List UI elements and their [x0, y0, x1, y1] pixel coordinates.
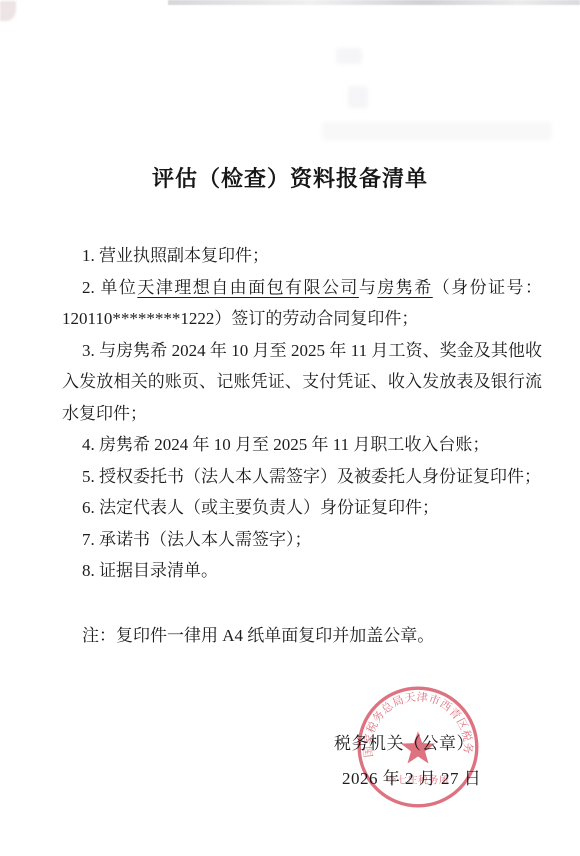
item-text: 4. 房隽希 2024 年 10 月至 2025 年 11 月职工收入台账；: [82, 435, 489, 454]
list-item: 8. 证据目录清单。: [62, 555, 542, 587]
item-text: 7. 承诺书（法人本人需签字）；: [82, 530, 312, 549]
item-text: 3. 与房隽希 2024 年 10 月至 2025 年 11 月工资、奖金及其他…: [62, 341, 542, 423]
list-item: 2. 单位天津理想自由面包有限公司与房隽希（身份证号：120110*******…: [62, 272, 542, 335]
list-item: 4. 房隽希 2024 年 10 月至 2025 年 11 月职工收入台账；: [62, 429, 542, 461]
scan-edge-artifact: [168, 0, 580, 5]
item-text: 与: [359, 278, 377, 297]
scan-ghost-artifact: [348, 86, 368, 108]
item-text: 8. 证据目录清单。: [82, 561, 218, 580]
underlined-text: 天津理想自由面包有限公司: [137, 278, 359, 297]
note-line: 注：复印件一律用 A4 纸单面复印并加盖公章。: [62, 620, 542, 652]
date-line: 2026 年 2 月 27 日: [342, 764, 481, 789]
issuer-line: 税务机关（公章）: [334, 729, 474, 754]
page-title: 评估（检查）资料报备清单: [0, 162, 580, 193]
item-list: 1. 营业执照副本复印件；2. 单位天津理想自由面包有限公司与房隽希（身份证号：…: [62, 240, 542, 587]
item-text: 5. 授权委托书（法人本人需签字）及被委托人身份证复印件；: [82, 467, 541, 486]
item-text: 2. 单位: [82, 278, 137, 297]
list-item: 6. 法定代表人（或主要负责人）身份证复印件；: [62, 492, 542, 524]
list-item: 1. 营业执照副本复印件；: [62, 240, 542, 272]
item-text: 1. 营业执照副本复印件；: [82, 246, 269, 265]
item-text: 6. 法定代表人（或主要负责人）身份证复印件；: [82, 498, 439, 517]
list-item: 7. 承诺书（法人本人需签字）；: [62, 524, 542, 556]
list-item: 5. 授权委托书（法人本人需签字）及被委托人身份证复印件；: [62, 461, 542, 493]
scan-ghost-artifact: [336, 48, 362, 64]
underlined-text: 房隽希: [377, 278, 432, 297]
scan-corner-artifact: [0, 1, 16, 21]
document-page: 评估（检查）资料报备清单 1. 营业执照副本复印件；2. 单位天津理想自由面包有…: [0, 0, 580, 856]
list-item: 3. 与房隽希 2024 年 10 月至 2025 年 11 月工资、奖金及其他…: [62, 335, 542, 430]
scan-ghost-artifact: [322, 122, 552, 140]
